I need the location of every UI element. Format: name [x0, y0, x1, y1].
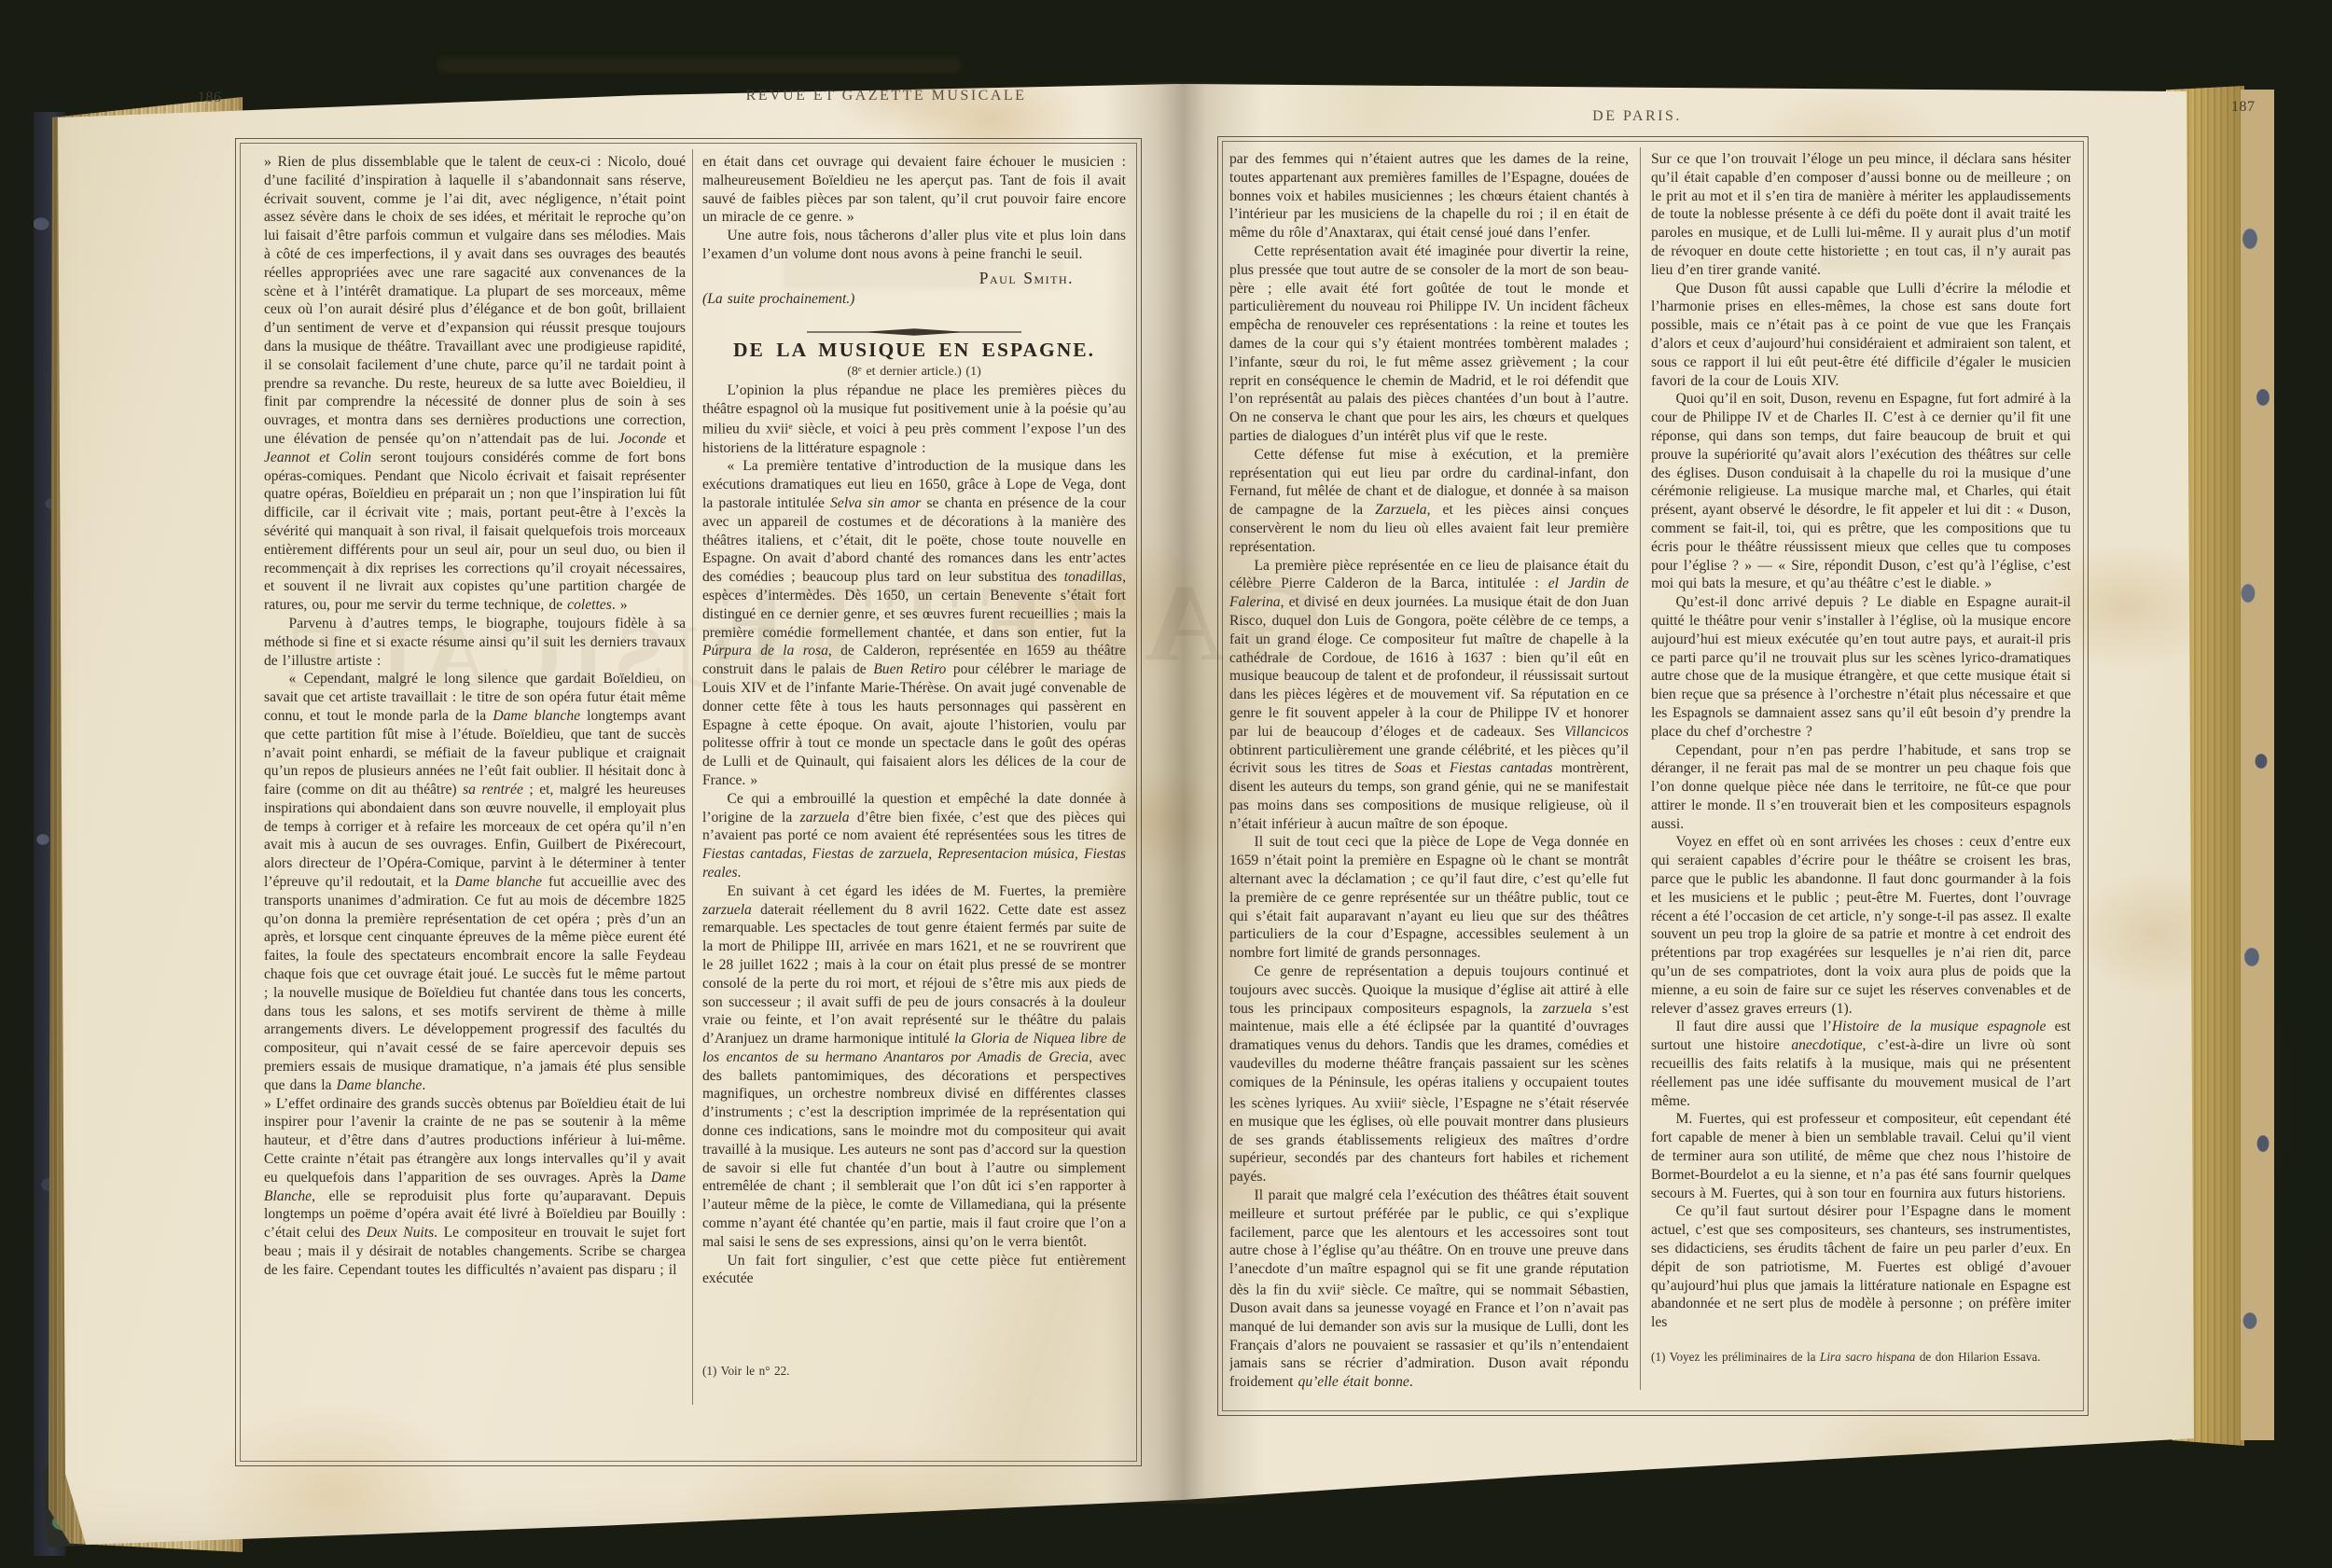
paragraph: par des femmes qui n’étaient autres que … — [1229, 150, 1629, 243]
footnote-right-page: (1) Voyez les préliminaires de la Lira s… — [1651, 1348, 2071, 1367]
article-body-continued: Sur ce que l’on trouvait l’éloge un peu … — [1651, 150, 2071, 1332]
paragraph: Ce qu’il faut surtout désirer pour l’Esp… — [1651, 1202, 2071, 1332]
paragraph: Voyez en effet où en sont arrivées les c… — [1651, 833, 2071, 1018]
paragraph: Une autre fois, nous tâcherons d’aller p… — [702, 227, 1126, 264]
paragraph: Que Duson fût aussi capable que Lulli d’… — [1651, 280, 2071, 391]
paragraph: M. Fuertes, qui est professeur et compos… — [1651, 1110, 2071, 1202]
article-body: L’opinion la plus répandue ne place les … — [702, 382, 1126, 1288]
right-page-column-2: Sur ce que l’on trouvait l’éloge un peu … — [1651, 150, 2071, 1398]
divider-ornament — [807, 326, 1021, 338]
paragraph: Cette défense fut mise à exécution, et l… — [1229, 446, 1629, 557]
paragraph: En suivant à cet égard les idées de M. F… — [702, 882, 1126, 1252]
paragraph: Quoi qu’il en soit, Duson, revenu en Esp… — [1651, 390, 2071, 593]
continuation-note: (La suite prochainement.) — [702, 290, 1126, 309]
left-page-column-2: en était dans cet ouvrage qui devaient f… — [702, 153, 1126, 1412]
column-divider-right — [1640, 147, 1641, 1390]
running-title-right: DE PARIS. — [1544, 108, 1730, 125]
marbled-cover-edge-right — [2241, 90, 2274, 1440]
article-end: en était dans cet ouvrage qui devaient f… — [702, 153, 1126, 264]
paragraph: en était dans cet ouvrage qui devaient f… — [702, 153, 1126, 227]
right-page-column-1: par des femmes qui n’étaient autres que … — [1229, 150, 1629, 1393]
scanned-book-photo: { "left_page": { "page_number": "186", "… — [0, 0, 2332, 1568]
paragraph: Ce qui a embrouillé la question et empêc… — [702, 790, 1126, 882]
running-title-left: REVUE ET GAZETTE MUSICALE — [597, 88, 1175, 104]
paragraph: Parvenu à d’autres temps, le biographe, … — [264, 615, 686, 670]
page-number-left: 186 — [198, 90, 222, 106]
column-divider-left — [692, 149, 693, 1405]
paragraph: Cette représentation avait été imaginée … — [1229, 243, 1629, 446]
article-subtitle: (8e et dernier article.) (1) — [702, 360, 1126, 382]
byline-paul-smith: Paul Smith. — [702, 270, 1074, 288]
paragraph: « La première tentative d’introduction d… — [702, 457, 1126, 789]
footnote-left-page: (1) Voir le n° 22. — [702, 1362, 1126, 1381]
paragraph: Un fait fort singulier, c’est que cette … — [702, 1252, 1126, 1289]
paragraph: Cependant, pour n’en pas perdre l’habitu… — [1651, 742, 2071, 834]
paragraph: Il suit de tout ceci que la pièce de Lop… — [1229, 833, 1629, 963]
paragraph: La première pièce représentée en ce lieu… — [1229, 557, 1629, 834]
paragraph: » Rien de plus dissemblable que le talen… — [264, 153, 686, 615]
paragraph: Ce genre de représentation a depuis touj… — [1229, 963, 1629, 1186]
paragraph: Sur ce que l’on trouvait l’éloge un peu … — [1651, 150, 2071, 280]
paragraph: Il parait que malgré cela l’exécution de… — [1229, 1186, 1629, 1392]
paragraph: Qu’est-il donc arrivé depuis ? Le diable… — [1651, 593, 2071, 741]
paragraph: » L’effet ordinaire des grands succès ob… — [264, 1095, 686, 1280]
paragraph: Il faut dire aussi que l’Histoire de la … — [1651, 1018, 2071, 1110]
article-title: DE LA MUSIQUE EN ESPAGNE. — [702, 341, 1126, 360]
paragraph: L’opinion la plus répandue ne place les … — [702, 382, 1126, 458]
paragraph: « Cependant, malgré le long silence que … — [264, 670, 686, 1094]
left-page-column-1: » Rien de plus dissemblable que le talen… — [264, 153, 686, 1410]
page-number-right: 187 — [2231, 99, 2256, 116]
